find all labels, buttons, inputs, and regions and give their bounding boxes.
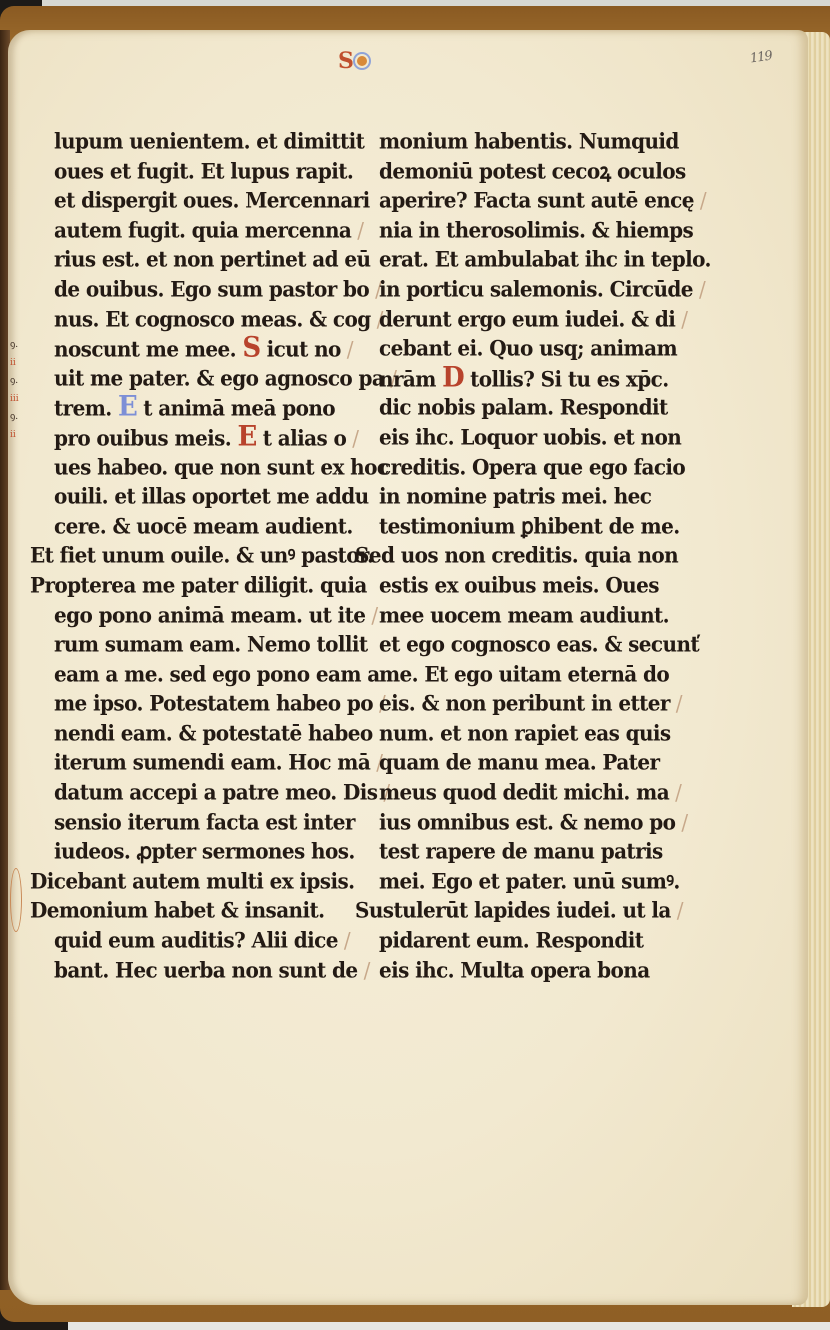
text-line: derunt ergo eum iudei. & di/ <box>355 303 685 335</box>
line-text: et dispergit oues. Mercennari <box>54 187 370 213</box>
text-line: trem. Et animā meā pono <box>30 392 350 424</box>
text-line: monium habentis. Numquid <box>355 126 685 158</box>
running-head-ornament-icon <box>357 56 367 66</box>
text-line: uit me pater. & ego agnosco pa/ <box>30 363 350 395</box>
line-text: in nomine patris mei. hec <box>379 483 651 509</box>
line-text: Sustulerūt lapides iudei. ut la <box>355 897 671 923</box>
line-text: et ego cognosco eas. & secunť <box>379 631 699 657</box>
margin-note: iii <box>10 394 22 404</box>
text-line: ues habeo. que non sunt ex hoc <box>30 451 350 483</box>
line-text: demoniū potest cecoꝝ oculos <box>379 158 686 184</box>
line-text: Et fiet unum ouile. & unꝰ pastor. <box>30 542 373 568</box>
left-text-column: lupum uenientem. et dimittitoues et fugi… <box>30 127 350 985</box>
line-text: t alias o <box>263 425 346 451</box>
line-text: rum sumam eam. Nemo tollit <box>54 631 368 657</box>
text-line: nendi eam. & potestatē habeo <box>30 718 350 750</box>
text-line: eam a me. sed ego pono eam a <box>30 659 350 691</box>
line-text: nia in therosolimis. & hiemps <box>379 217 693 243</box>
line-text: cebant ei. Quo usq; animam <box>379 335 677 361</box>
text-line: ego pono animā meam. ut ite/ <box>30 599 350 631</box>
text-line: de ouibus. Ego sum pastor bo/ <box>30 274 350 306</box>
line-text: t animā meā pono <box>143 395 335 421</box>
running-head-letter: S <box>338 50 354 72</box>
line-text: ego pono animā meam. ut ite <box>54 601 365 627</box>
text-line: in porticu salemonis. Circūde/ <box>355 274 685 306</box>
line-text: erat. Et ambulabat ihc in teplo. <box>379 246 711 272</box>
line-break-hyphen-icon: / <box>700 187 706 213</box>
decorated-initial: E <box>238 422 257 454</box>
line-text: monium habentis. Numquid <box>379 128 679 154</box>
text-line: testimonium ꝑhibent de me. <box>355 511 685 543</box>
line-text: quid eum auditis? Alii dice <box>54 927 338 953</box>
text-line: autem fugit. quia mercenna/ <box>30 215 350 247</box>
line-text: bant. Hec uerba non sunt de <box>54 957 358 983</box>
text-line: me ipso. Potestatem habeo po/ <box>30 688 350 720</box>
text-line: ius omnibus est. & nemo po/ <box>355 806 685 838</box>
text-line: rius est. et non pertinet ad eū <box>30 244 350 276</box>
text-line: eis ihc. Multa opera bona <box>355 954 685 986</box>
line-text: nus. Et cognosco meas. & cog <box>54 306 371 332</box>
text-line: demoniū potest cecoꝝ oculos <box>355 155 685 187</box>
line-text-before: nrām <box>379 366 442 392</box>
line-text: me. Et ego uitam eternā do <box>379 661 669 687</box>
line-text: tollis? Si tu es xp̄c. <box>470 366 668 392</box>
text-line: et dispergit oues. Mercennari <box>30 185 350 217</box>
text-line: quam de manu mea. Pater <box>355 747 685 779</box>
text-line: aperire? Facta sunt autē encę/ <box>355 185 685 217</box>
text-line: Sed uos non creditis. quia non <box>355 540 685 572</box>
line-text: eam a me. sed ego pono eam a <box>54 661 380 687</box>
text-line: cere. & uocē meam audient. <box>30 511 350 543</box>
margin-note: ꝯ. <box>10 376 22 386</box>
text-line: Dicebant autem multi ex ipsis. <box>30 866 350 898</box>
text-line: noscunt me mee. Sicut no/ <box>30 333 350 365</box>
text-line: in nomine patris mei. hec <box>355 481 685 513</box>
line-text: de ouibus. Ego sum pastor bo <box>54 276 369 302</box>
line-text: Propterea me pater diligit. quia <box>30 572 367 598</box>
margin-notes: ꝯ.iiꝯ.iiiꝯ.ii <box>10 340 22 448</box>
line-text: Demonium habet & insanit. <box>30 897 325 923</box>
line-break-hyphen-icon: / <box>344 927 350 953</box>
line-text: eis. & non peribunt in etter <box>379 690 670 716</box>
text-line: bant. Hec uerba non sunt de/ <box>30 954 350 986</box>
line-text: quam de manu mea. Pater <box>379 749 659 775</box>
line-text: num. et non rapiet eas quis <box>379 720 671 746</box>
line-text: Sed uos non creditis. quia non <box>355 542 678 568</box>
text-line: nrām Dtollis? Si tu es xp̄c. <box>355 363 685 395</box>
line-text: mei. Ego et pater. unū sumꝰ. <box>379 868 680 894</box>
line-break-hyphen-icon: / <box>699 276 705 302</box>
running-head: S <box>338 50 367 72</box>
lower-margin <box>30 1040 690 1240</box>
line-text: dic nobis palam. Respondit <box>379 394 668 420</box>
text-line: lupum uenientem. et dimittit <box>30 126 350 158</box>
text-line: rum sumam eam. Nemo tollit <box>30 629 350 661</box>
text-line: estis ex ouibus meis. Oues <box>355 570 685 602</box>
text-line: eis ihc. Loquor uobis. et non <box>355 422 685 454</box>
line-text: eis ihc. Loquor uobis. et non <box>379 424 681 450</box>
text-line: Demonium habet & insanit. <box>30 895 350 927</box>
line-text: Dicebant autem multi ex ipsis. <box>30 868 355 894</box>
text-line: datum accepi a patre meo. Dis/ <box>30 777 350 809</box>
text-line: creditis. Opera que ego facio <box>355 451 685 483</box>
line-text: me ipso. Potestatem habeo po <box>54 690 373 716</box>
text-line: iudeos. ꝓpter sermones hos. <box>30 836 350 868</box>
margin-note: ii <box>10 430 22 440</box>
decorated-initial: E <box>118 392 137 424</box>
line-text: sensio iterum facta est inter <box>54 809 355 835</box>
line-text: ouili. et illas oportet me addu <box>54 483 369 509</box>
text-line: dic nobis palam. Respondit <box>355 392 685 424</box>
line-text: in porticu salemonis. Circūde <box>379 276 693 302</box>
text-line: eis. & non peribunt in etter/ <box>355 688 685 720</box>
text-line: nus. Et cognosco meas. & cog/ <box>30 303 350 335</box>
line-break-hyphen-icon: / <box>675 779 681 805</box>
right-text-column: monium habentis. Numquiddemoniū potest c… <box>355 127 685 985</box>
line-text: testimonium ꝑhibent de me. <box>379 513 680 539</box>
text-line: ouili. et illas oportet me addu <box>30 481 350 513</box>
margin-note: ꝯ. <box>10 412 22 422</box>
text-line: Et fiet unum ouile. & unꝰ pastor. <box>30 540 350 572</box>
line-text: autem fugit. quia mercenna <box>54 217 351 243</box>
line-text: uit me pater. & ego agnosco pa <box>54 365 384 391</box>
line-text: aperire? Facta sunt autē encę <box>379 187 694 213</box>
line-text: mee uocem meam audiunt. <box>379 601 669 627</box>
line-text: rius est. et non pertinet ad eū <box>54 246 370 272</box>
text-line: erat. Et ambulabat ihc in teplo. <box>355 244 685 276</box>
line-text: cere. & uocē meam audient. <box>54 513 353 539</box>
line-text: pidarent eum. Respondit <box>379 927 643 953</box>
line-break-hyphen-icon: / <box>347 336 353 362</box>
text-line: oues et fugit. Et lupus rapit. <box>30 155 350 187</box>
line-text: lupum uenientem. et dimittit <box>54 128 364 154</box>
text-line: me. Et ego uitam eternā do <box>355 659 685 691</box>
text-line: Sustulerūt lapides iudei. ut la/ <box>355 895 685 927</box>
line-text: estis ex ouibus meis. Oues <box>379 572 659 598</box>
text-line: meus quod dedit michi. ma/ <box>355 777 685 809</box>
decorated-initial: D <box>442 363 464 395</box>
folio-number: 119 <box>749 49 773 67</box>
line-text: derunt ergo eum iudei. & di <box>379 306 675 332</box>
text-line: nia in therosolimis. & hiemps <box>355 215 685 247</box>
text-line: et ego cognosco eas. & secunť <box>355 629 685 661</box>
text-line: num. et non rapiet eas quis <box>355 718 685 750</box>
line-text: nendi eam. & potestatē habeo <box>54 720 373 746</box>
line-break-hyphen-icon: / <box>681 306 687 332</box>
text-line: mee uocem meam audiunt. <box>355 599 685 631</box>
line-text-before: noscunt me mee. <box>54 336 242 362</box>
text-line: iterum sumendi eam. Hoc mā/ <box>30 747 350 779</box>
line-text: datum accepi a patre meo. Dis <box>54 779 377 805</box>
text-line: pidarent eum. Respondit <box>355 925 685 957</box>
line-text: iudeos. ꝓpter sermones hos. <box>54 838 355 864</box>
line-text: ius omnibus est. & nemo po <box>379 809 675 835</box>
text-line: pro ouibus meis. Et alias o/ <box>30 422 350 454</box>
text-line: cebant ei. Quo usq; animam <box>355 333 685 365</box>
line-text: ues habeo. que non sunt ex hoc <box>54 454 388 480</box>
line-text: eis ihc. Multa opera bona <box>379 957 650 983</box>
text-line: Propterea me pater diligit. quia <box>30 570 350 602</box>
margin-paraph-mark <box>10 868 22 932</box>
text-line: quid eum auditis? Alii dice/ <box>30 925 350 957</box>
line-break-hyphen-icon: / <box>681 809 687 835</box>
line-text: iterum sumendi eam. Hoc mā <box>54 749 370 775</box>
text-line: sensio iterum facta est inter <box>30 806 350 838</box>
line-break-hyphen-icon: / <box>677 897 683 923</box>
line-text: creditis. Opera que ego facio <box>379 454 685 480</box>
line-text: test rapere de manu patris <box>379 838 663 864</box>
line-break-hyphen-icon: / <box>676 690 682 716</box>
decorated-initial: S <box>242 333 260 365</box>
text-line: mei. Ego et pater. unū sumꝰ. <box>355 866 685 898</box>
text-line: test rapere de manu patris <box>355 836 685 868</box>
line-text: icut no <box>267 336 341 362</box>
line-text: meus quod dedit michi. ma <box>379 779 669 805</box>
margin-note: ii <box>10 358 22 368</box>
margin-note: ꝯ. <box>10 340 22 350</box>
scan-bottom-edge <box>68 1322 830 1330</box>
line-text-before: trem. <box>54 395 118 421</box>
line-text: oues et fugit. Et lupus rapit. <box>54 158 353 184</box>
line-text-before: pro ouibus meis. <box>54 425 238 451</box>
